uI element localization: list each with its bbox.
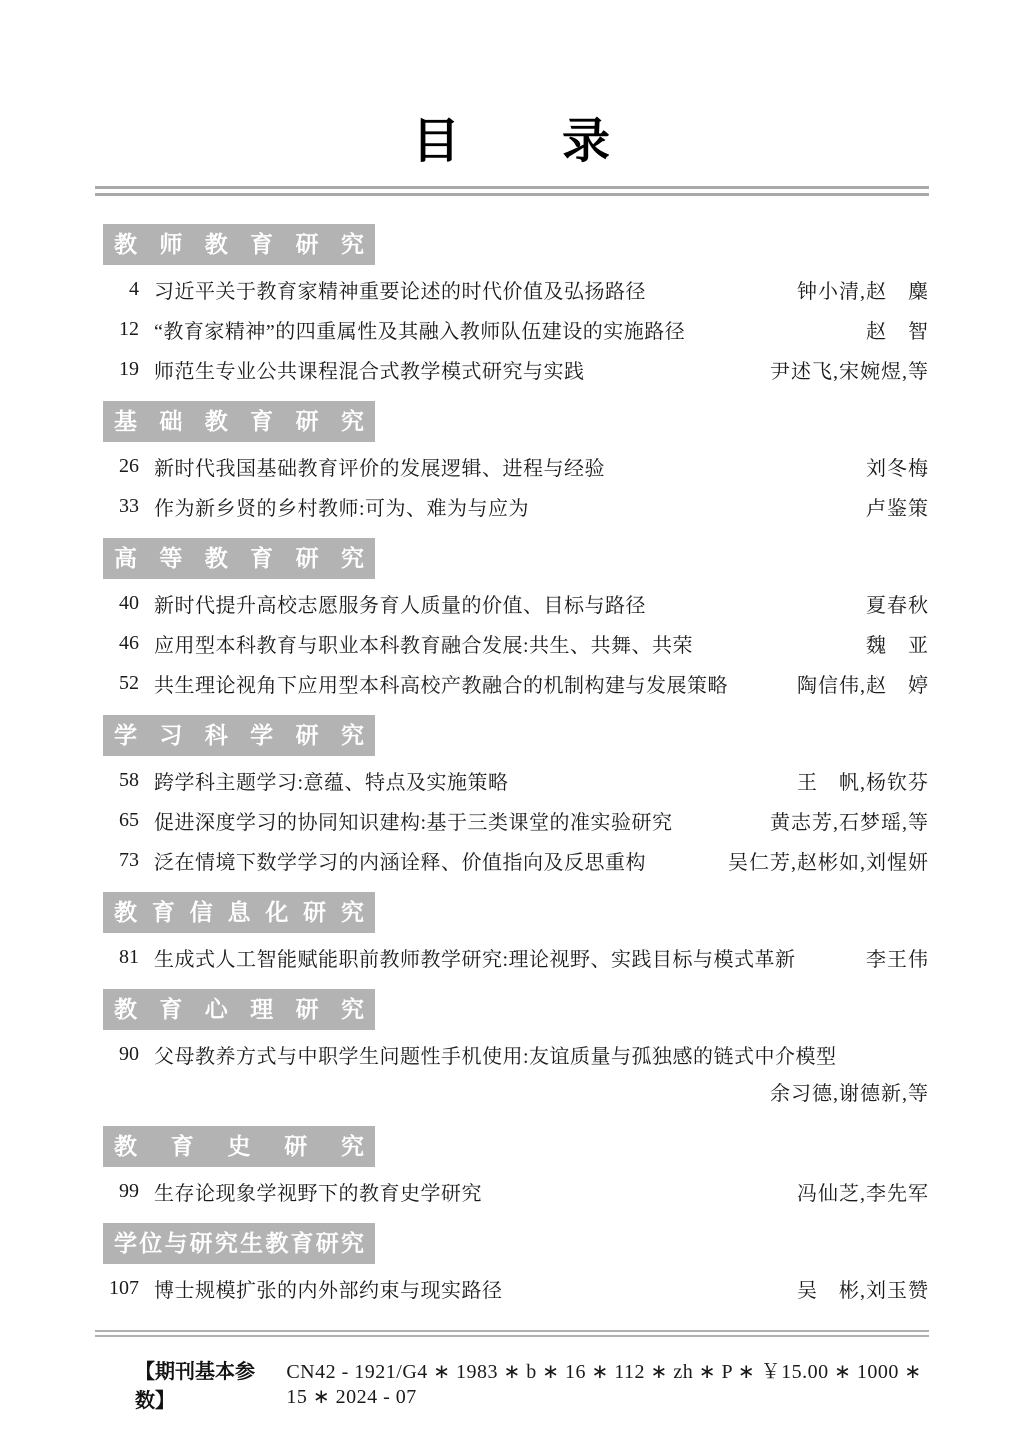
section-title-char: 究 [341, 1229, 364, 1258]
section-title-char: 位 [139, 1229, 162, 1258]
toc-entry: 73泛在情境下数学学习的内涵诠释、价值指向及反思重构吴仁芳,赵彬如,刘惺妍 [95, 840, 929, 880]
title-rule [95, 186, 929, 196]
section-header: 高等教育研究 [103, 538, 375, 579]
toc-entry: 65促进深度学习的协同知识建构:基于三类课堂的准实验研究黄志芳,石梦瑶,等 [95, 800, 929, 840]
article-authors: 陶信伟,赵 婷 [797, 669, 929, 698]
page-number: 33 [95, 495, 139, 518]
article-title: “教育家精神”的四重属性及其融入教师队伍建设的实施路径 [154, 315, 854, 344]
section-title-char: 教 [205, 544, 228, 573]
section-title-char: 究 [341, 1132, 364, 1161]
toc-entry: 99生存论现象学视野下的教育史学研究冯仙芝,李先军 [95, 1171, 929, 1211]
section-title-char: 究 [341, 721, 364, 750]
section-title-char: 究 [341, 230, 364, 259]
authors-continued: 余习德,谢德新,等 [95, 1074, 929, 1114]
section-title-char: 研 [316, 1229, 339, 1258]
section-title-char: 研 [296, 721, 319, 750]
article-authors: 夏春秋 [866, 589, 929, 618]
article-authors: 李王伟 [866, 943, 929, 972]
page-number: 99 [95, 1180, 139, 1203]
parameters-value: CN42 - 1921/G4 ∗ 1983 ∗ b ∗ 16 ∗ 112 ∗ z… [286, 1355, 929, 1409]
article-authors: 吴仁芳,赵彬如,刘惺妍 [728, 846, 929, 875]
article-authors: 尹述飞,宋婉煜,等 [770, 355, 929, 384]
article-title: 师范生专业公共课程混合式教学模式研究与实践 [154, 355, 758, 384]
section-title-char: 化 [265, 898, 288, 927]
toc-entry: 40新时代提升高校志愿服务育人质量的价值、目标与路径夏春秋 [95, 583, 929, 623]
toc-entry: 4习近平关于教育家精神重要论述的时代价值及弘扬路径钟小清,赵 麋 [95, 269, 929, 309]
section-title-char: 育 [159, 995, 182, 1024]
parameters-label: 【期刊基本参数】 [135, 1355, 268, 1413]
article-title: 新时代提升高校志愿服务育人质量的价值、目标与路径 [154, 589, 854, 618]
toc-entry: 90父母教养方式与中职学生问题性手机使用:友谊质量与孤独感的链式中介模型 [95, 1034, 929, 1074]
section-title-char: 教 [205, 407, 228, 436]
section-title-char: 信 [190, 898, 213, 927]
section-title-char: 研 [296, 230, 319, 259]
section-title-char: 史 [228, 1132, 251, 1161]
section-title-char: 育 [291, 1229, 314, 1258]
section-title-char: 教 [205, 230, 228, 259]
section-title-char: 研 [296, 407, 319, 436]
section-title-char: 究 [215, 1229, 238, 1258]
article-title: 生存论现象学视野下的教育史学研究 [154, 1177, 785, 1206]
article-authors: 吴 彬,刘玉赞 [797, 1274, 929, 1303]
section-header: 基础教育研究 [103, 401, 375, 442]
section-header: 教育史研究 [103, 1126, 375, 1167]
article-title: 促进深度学习的协同知识建构:基于三类课堂的准实验研究 [154, 806, 758, 835]
page-number: 58 [95, 769, 139, 792]
section-title-char: 究 [341, 995, 364, 1024]
toc-entry: 19师范生专业公共课程混合式教学模式研究与实践尹述飞,宋婉煜,等 [95, 349, 929, 389]
page-number: 107 [95, 1277, 139, 1300]
toc-entry: 81生成式人工智能赋能职前教师教学研究:理论视野、实践目标与模式革新李王伟 [95, 937, 929, 977]
article-title: 作为新乡贤的乡村教师:可为、难为与应为 [154, 492, 854, 521]
article-title: 父母教养方式与中职学生问题性手机使用:友谊质量与孤独感的链式中介模型 [154, 1040, 917, 1069]
article-authors: 刘冬梅 [866, 452, 929, 481]
section-title-char: 育 [152, 898, 175, 927]
section-title-char: 研 [296, 995, 319, 1024]
article-title: 新时代我国基础教育评价的发展逻辑、进程与经验 [154, 452, 854, 481]
section-header: 教师教育研究 [103, 224, 375, 265]
section-title-char: 基 [114, 407, 137, 436]
section-title-char: 究 [341, 544, 364, 573]
article-authors: 卢鉴策 [866, 492, 929, 521]
section-title-char: 础 [159, 407, 182, 436]
section-title-char: 学 [250, 721, 273, 750]
section-title-char: 研 [303, 898, 326, 927]
page-number: 12 [95, 318, 139, 341]
article-title: 习近平关于教育家精神重要论述的时代价值及弘扬路径 [154, 275, 785, 304]
article-authors: 黄志芳,石梦瑶,等 [770, 806, 929, 835]
toc-entry: 26新时代我国基础教育评价的发展逻辑、进程与经验刘冬梅 [95, 446, 929, 486]
section-title-char: 学 [114, 1229, 137, 1258]
section-title-char: 研 [190, 1229, 213, 1258]
toc-entry: 46应用型本科教育与职业本科教育融合发展:共生、共舞、共荣魏 亚 [95, 623, 929, 663]
section-header: 学位与研究生教育研究 [103, 1223, 375, 1264]
section-title-char: 教 [114, 1132, 137, 1161]
footer-rule [95, 1330, 929, 1337]
article-authors: 魏 亚 [866, 629, 929, 658]
section-title-char: 心 [205, 995, 228, 1024]
article-authors: 冯仙芝,李先军 [797, 1177, 929, 1206]
section-title-char: 教 [114, 995, 137, 1024]
page-number: 81 [95, 946, 139, 969]
page-number: 4 [95, 278, 139, 301]
section-title-char: 学 [114, 721, 137, 750]
article-title: 博士规模扩张的内外部约束与现实路径 [154, 1274, 785, 1303]
section-title-char: 息 [227, 898, 250, 927]
section-title-char: 教 [114, 898, 137, 927]
section-title-char: 习 [159, 721, 182, 750]
section-title-char: 育 [171, 1132, 194, 1161]
section-title-char: 与 [164, 1229, 187, 1258]
article-title: 泛在情境下数学学习的内涵诠释、价值指向及反思重构 [154, 846, 716, 875]
section-title-char: 等 [159, 544, 182, 573]
section-title-char: 育 [250, 544, 273, 573]
page-number: 65 [95, 809, 139, 832]
section-title-char: 高 [114, 544, 137, 573]
page-title: 目 录 [95, 112, 929, 172]
article-title: 跨学科主题学习:意蕴、特点及实施策略 [154, 766, 785, 795]
section-title-char: 研 [296, 544, 319, 573]
page-number: 19 [95, 358, 139, 381]
article-authors: 钟小清,赵 麋 [797, 275, 929, 304]
article-title: 生成式人工智能赋能职前教师教学研究:理论视野、实践目标与模式革新 [154, 943, 854, 972]
toc-entry: 33作为新乡贤的乡村教师:可为、难为与应为卢鉴策 [95, 486, 929, 526]
toc-entry: 52共生理论视角下应用型本科高校产教融合的机制构建与发展策略陶信伟,赵 婷 [95, 663, 929, 703]
toc-entry: 58跨学科主题学习:意蕴、特点及实施策略王 帆,杨钦芬 [95, 760, 929, 800]
section-title-char: 科 [205, 721, 228, 750]
page-number: 40 [95, 592, 139, 615]
section-title-char: 教 [114, 230, 137, 259]
section-title-char: 究 [341, 407, 364, 436]
toc-entry: 107博士规模扩张的内外部约束与现实路径吴 彬,刘玉赞 [95, 1268, 929, 1308]
section-header: 教育心理研究 [103, 989, 375, 1030]
article-authors: 赵 智 [866, 315, 929, 344]
section-title-char: 教 [265, 1229, 288, 1258]
toc-sections: 教师教育研究4习近平关于教育家精神重要论述的时代价值及弘扬路径钟小清,赵 麋12… [95, 224, 929, 1308]
toc-entry: 12“教育家精神”的四重属性及其融入教师队伍建设的实施路径赵 智 [95, 309, 929, 349]
page-number: 46 [95, 632, 139, 655]
section-header: 学习科学研究 [103, 715, 375, 756]
article-title: 共生理论视角下应用型本科高校产教融合的机制构建与发展策略 [154, 669, 785, 698]
toc-page: 目 录 教师教育研究4习近平关于教育家精神重要论述的时代价值及弘扬路径钟小清,赵… [0, 0, 1024, 1448]
page-number: 52 [95, 672, 139, 695]
section-title-char: 理 [250, 995, 273, 1024]
section-title-char: 师 [159, 230, 182, 259]
article-title: 应用型本科教育与职业本科教育融合发展:共生、共舞、共荣 [154, 629, 854, 658]
page-number: 73 [95, 849, 139, 872]
section-header: 教育信息化研究 [103, 892, 375, 933]
article-authors: 王 帆,杨钦芬 [797, 766, 929, 795]
section-title-char: 育 [250, 407, 273, 436]
section-title-char: 究 [341, 898, 364, 927]
section-title-char: 生 [240, 1229, 263, 1258]
page-number: 26 [95, 455, 139, 478]
journal-parameters: 【期刊基本参数】 CN42 - 1921/G4 ∗ 1983 ∗ b ∗ 16 … [95, 1355, 929, 1413]
section-title-char: 育 [250, 230, 273, 259]
section-title-char: 研 [284, 1132, 307, 1161]
page-number: 90 [95, 1043, 139, 1066]
